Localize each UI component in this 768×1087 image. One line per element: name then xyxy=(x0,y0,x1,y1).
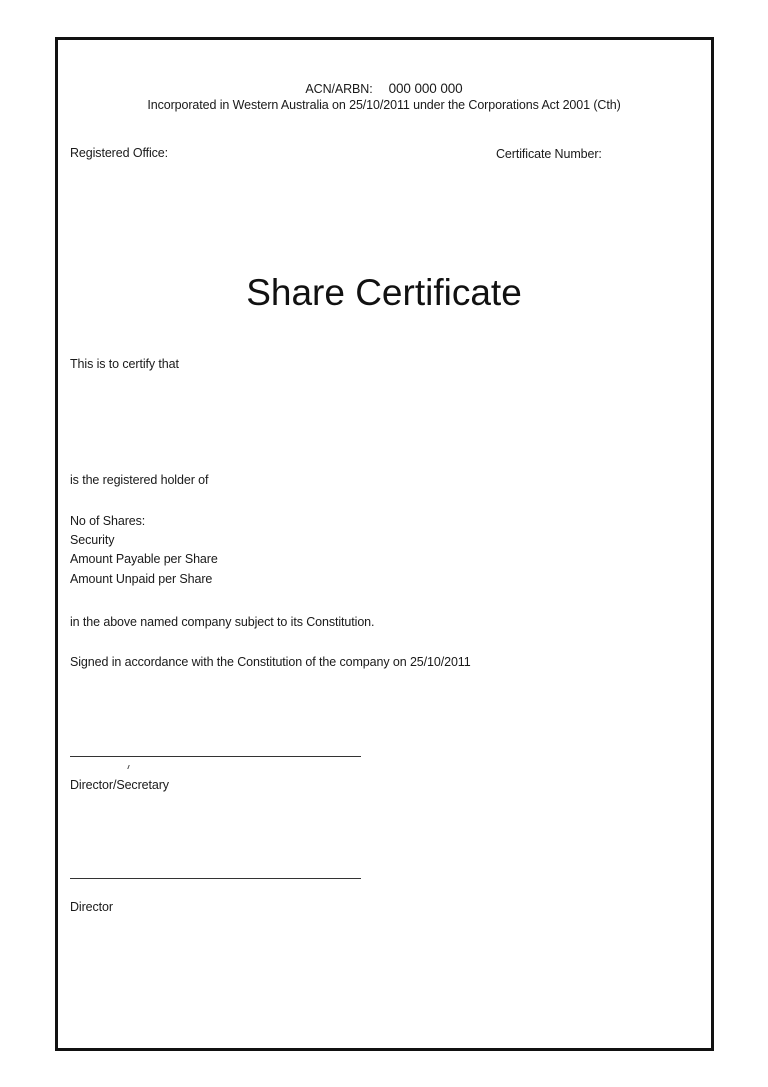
director-secretary-label: Director/Secretary xyxy=(70,778,169,792)
acn-label: ACN/ARBN: xyxy=(305,82,372,96)
field-amount-payable: Amount Payable per Share xyxy=(70,552,218,566)
constitution-text: in the above named company subject to it… xyxy=(70,615,374,629)
holder-text: is the registered holder of xyxy=(70,473,208,487)
field-no-of-shares: No of Shares: xyxy=(70,514,145,528)
certificate-border xyxy=(55,37,714,1051)
signature-line-director-secretary xyxy=(70,756,361,757)
director-label: Director xyxy=(70,900,113,914)
registered-office-label: Registered Office: xyxy=(70,146,168,160)
certificate-number-label: Certificate Number: xyxy=(496,147,602,161)
incorporation-statement: Incorporated in Western Australia on 25/… xyxy=(0,98,768,112)
page-title: Share Certificate xyxy=(0,272,768,314)
field-amount-unpaid: Amount Unpaid per Share xyxy=(70,572,212,586)
signed-text: Signed in accordance with the Constituti… xyxy=(70,655,471,669)
acn-line: ACN/ARBN:000 000 000 xyxy=(0,81,768,96)
field-security: Security xyxy=(70,533,114,547)
signature-line-director xyxy=(70,878,361,879)
acn-value: 000 000 000 xyxy=(389,81,463,96)
certify-text: This is to certify that xyxy=(70,357,179,371)
